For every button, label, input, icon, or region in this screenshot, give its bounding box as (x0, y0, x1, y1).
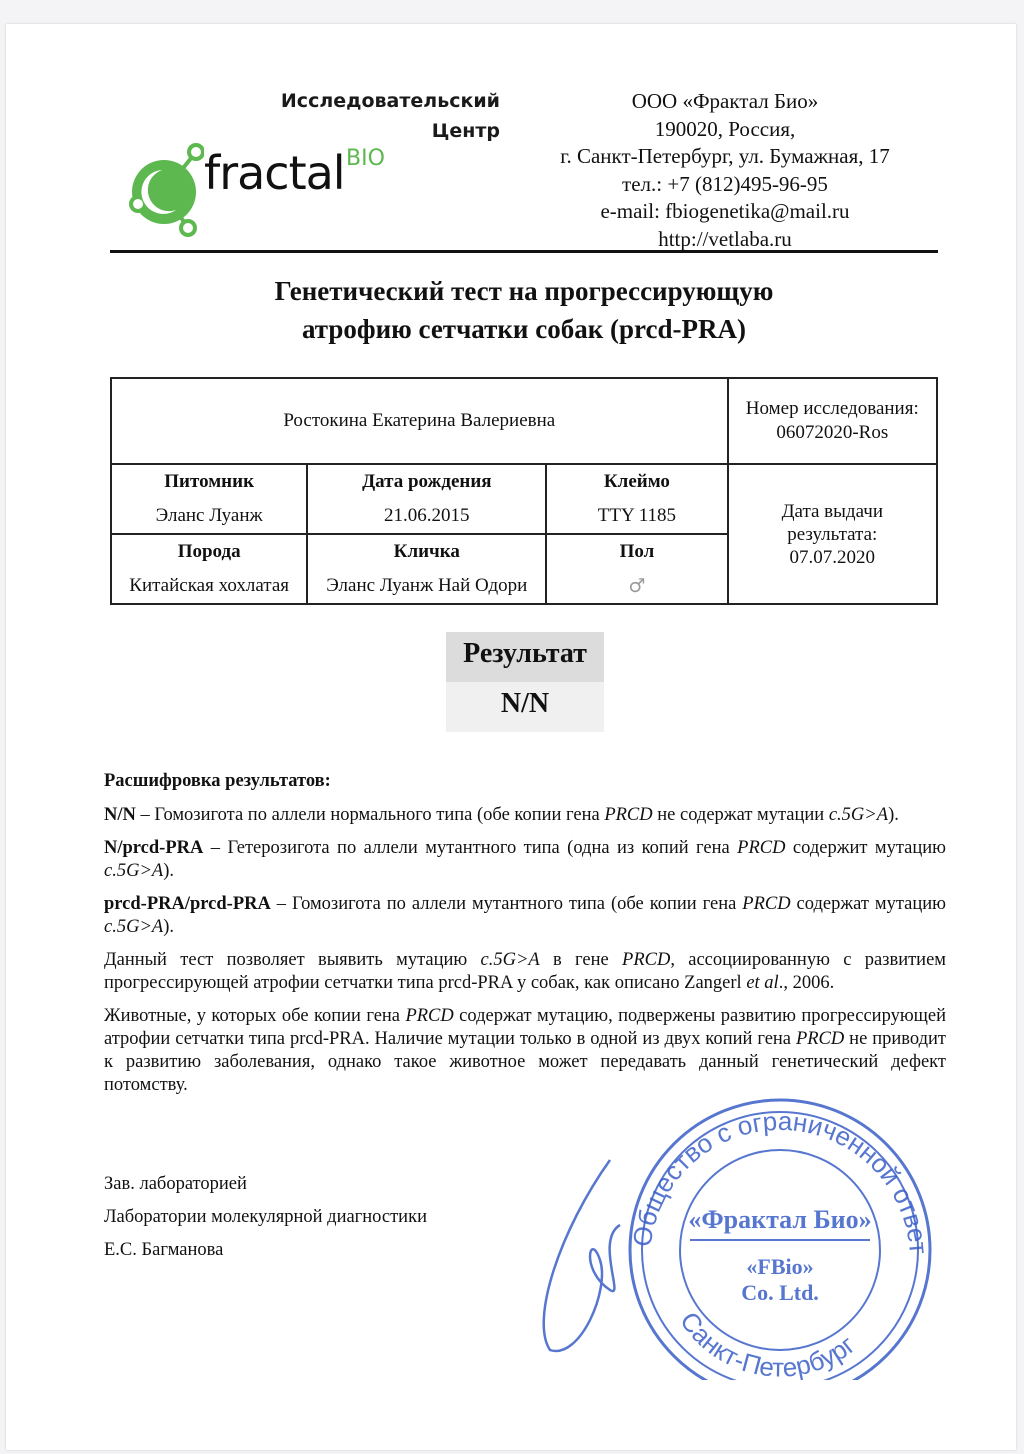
title-line-2: атрофию сетчатки собак (prcd-PRA) (110, 310, 938, 348)
company-contacts: ООО «Фрактал Био» 190020, Россия, г. Сан… (520, 88, 930, 253)
result-label: Результат (446, 632, 604, 682)
company-name: ООО «Фрактал Био» (520, 88, 930, 116)
company-website[interactable]: http://vetlaba.ru (520, 226, 930, 254)
field-name: Кличка Эланс Луанж Най Одори (307, 534, 546, 604)
company-email[interactable]: e-mail: fbiogenetika@mail.ru (520, 198, 930, 226)
center-label-line-1: Исследовательский (230, 86, 500, 116)
field-brand: Клеймо TTY 1185 (546, 464, 727, 534)
genotype-item-affected: prcd-PRA/prcd-PRA – Гомозигота по аллели… (104, 893, 946, 939)
field-label: Питомник (116, 465, 302, 499)
issue-date-cell: Дата выдачи результата: 07.07.2020 (728, 464, 937, 604)
issue-date-label-2: результата: (733, 523, 932, 546)
test-description: Данный тест позволяет выявить мутацию c.… (104, 949, 946, 995)
document-title: Генетический тест на прогрессирующую атр… (110, 272, 938, 348)
study-number: 06072020-Ros (733, 421, 932, 445)
owner-name: Ростокина Екатерина Валериевна (111, 378, 728, 464)
molecule-logo-icon (124, 140, 204, 240)
field-value: TTY 1185 (551, 499, 722, 533)
result-box: Результат N/N (446, 632, 604, 732)
genotype-item-nn: N/N – Гомозигота по аллели нормального т… (104, 804, 946, 827)
research-center-label: Исследовательский Центр (230, 86, 500, 146)
study-number-label: Номер исследования: (733, 397, 932, 421)
interpretation-section: Расшифровка результатов: N/N – Гомозигот… (104, 770, 946, 1107)
title-line-1: Генетический тест на прогрессирующую (110, 272, 938, 310)
field-breed: Порода Китайская хохлатая (111, 534, 307, 604)
field-sex: Пол ♂ (546, 534, 727, 604)
field-label: Пол (551, 535, 722, 569)
svg-text:Co. Ltd.: Co. Ltd. (741, 1280, 819, 1305)
svg-text:Санкт-Петербург: Санкт-Петербург (674, 1306, 860, 1380)
field-value: Эланс Луанж (116, 499, 302, 533)
company-stamp-icon: Общество с ограниченной ответственностью… (540, 1060, 960, 1380)
svg-text:«FBio»: «FBio» (746, 1254, 813, 1279)
issue-date-label-1: Дата выдачи (733, 500, 932, 523)
field-kennel: Питомник Эланс Луанж (111, 464, 307, 534)
logo-wordmark: fractal (204, 146, 345, 200)
field-label: Порода (116, 535, 302, 569)
field-label: Клеймо (551, 465, 722, 499)
signer-title: Зав. лабораторией (104, 1168, 427, 1201)
interpretation-heading: Расшифровка результатов: (104, 770, 946, 793)
field-value: Эланс Луанж Най Одори (312, 569, 541, 603)
study-number-cell: Номер исследования: 06072020-Ros (728, 378, 937, 464)
company-postcode: 190020, Россия, (520, 116, 930, 144)
signer-department: Лаборатории молекулярной диагностики (104, 1201, 427, 1234)
field-birth-date: Дата рождения 21.06.2015 (307, 464, 546, 534)
issue-date: 07.07.2020 (733, 546, 932, 569)
fractal-bio-logo: fractal BIO (124, 140, 394, 240)
male-sex-icon: ♂ (551, 569, 722, 603)
logo-bio-suffix: BIO (346, 146, 385, 171)
genotype-item-carrier: N/prcd-PRA – Гетерозигота по аллели мута… (104, 837, 946, 883)
field-value: Китайская хохлатая (116, 569, 302, 603)
svg-text:«Фрактал Био»: «Фрактал Био» (688, 1205, 871, 1234)
signature-block: Зав. лабораторией Лаборатории молекулярн… (104, 1168, 427, 1267)
company-phone: тел.: +7 (812)495-96-95 (520, 171, 930, 199)
company-address: г. Санкт-Петербург, ул. Бумажная, 17 (520, 143, 930, 171)
result-value: N/N (446, 682, 604, 732)
signer-name: Е.С. Багманова (104, 1234, 427, 1267)
field-value: 21.06.2015 (312, 499, 541, 533)
field-label: Дата рождения (312, 465, 541, 499)
patient-info-table: Ростокина Екатерина Валериевна Номер исс… (110, 377, 938, 605)
field-label: Кличка (312, 535, 541, 569)
header-divider (110, 250, 938, 253)
